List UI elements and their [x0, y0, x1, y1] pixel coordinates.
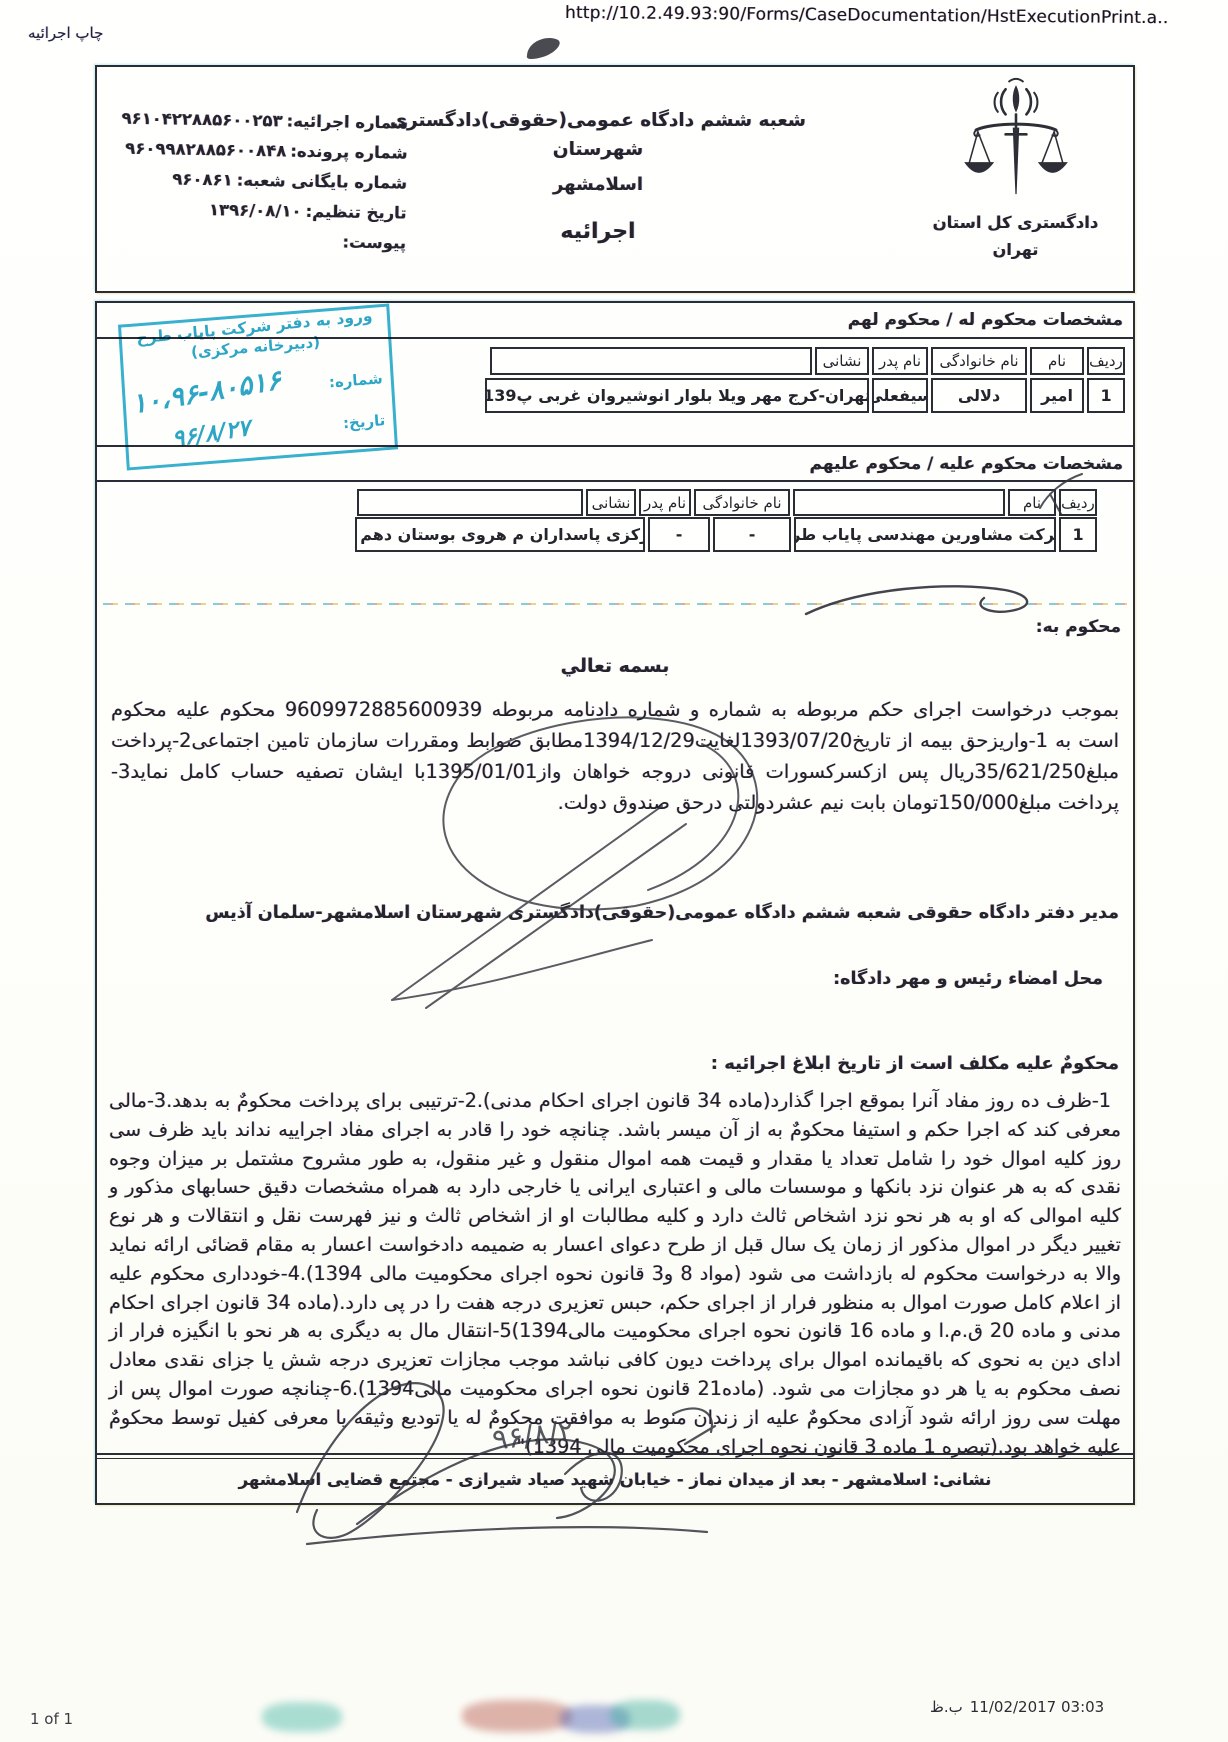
debtor-section-title-text: مشخصات محکوم علیه / محکوم علیهم [809, 454, 1123, 474]
col-row-label: ردیف [1087, 347, 1125, 375]
debtor-father-name: - [648, 517, 710, 552]
stamp-number-handwriting: ۱۰،۹۶-۸۰۵۱۶ [130, 365, 283, 420]
creditor-table-header: ردیف نام نام خانوادگی نام پدر نشانی [490, 347, 1125, 375]
stamp-number-label: شماره: [328, 369, 383, 391]
attachment-line: پیوست: [106, 228, 406, 252]
debtor-row-number: 1 [1059, 517, 1097, 552]
company-entry-stamp: ورود به دفتر شرکت پایاب طرح (دبیرخانه مر… [118, 303, 398, 470]
scan-dashed-divider [103, 603, 1127, 605]
court-address-footer: نشانی: اسلامشهر - بعد از میدان نماز - خی… [97, 1453, 1133, 1503]
bismillah-text: بسمه تعالي [97, 655, 1133, 677]
court-title-line1: شعبه ششم دادگاه عمومی(حقوقی)دادگستری شهر… [383, 107, 813, 164]
col-lastname-label: نام خانوادگی [694, 489, 790, 516]
court-title-block: شعبه ششم دادگاه عمومی(حقوقی)دادگستری شهر… [383, 107, 813, 244]
debtor-company-name: شرکت مشاورین مهندسی پایاب طرح [794, 517, 1056, 552]
case-number-value: ۹۶۰۹۹۸۲۸۸۵۶۰۰۸۴۸ [125, 139, 286, 161]
obligations-heading: محکومٌ علیه مکلف است از تاریخ ابلاغ اجرا… [711, 1053, 1119, 1074]
archive-number-line: شماره بایگانی شعبه:۹۶۰۸۶۱ [107, 168, 407, 192]
col-name-label: نام [1030, 347, 1084, 375]
scan-artifact [262, 1702, 342, 1732]
col-lastname-label: نام خانوادگی [931, 347, 1027, 375]
document-body: مشخصات محکوم له / محکوم لهم ردیف نام نام… [95, 301, 1135, 1505]
creditor-section-title-text: مشخصات محکوم له / محکوم لهم [848, 310, 1123, 330]
archive-number-label: شماره بایگانی شعبه: [237, 171, 408, 193]
debtor-table-row: 1 شرکت مشاورین مهندسی پایاب طرح - - دفتر… [355, 517, 1097, 552]
scan-artifact [462, 1700, 572, 1732]
col-father-label: نام پدر [872, 347, 928, 375]
stamp-date-handwriting: ۹۶/۸/۲۷ [170, 415, 251, 452]
print-timestamp-period: ب.ظ [930, 1698, 963, 1716]
creditor-first-name: امیر [1030, 378, 1084, 413]
issue-date-value: ۱۳۹۶/۰۸/۱۰ [209, 200, 302, 221]
creditor-father-name: سیفعلی [872, 378, 928, 413]
case-numbers-block: شماره اجرائیه:۹۶۱۰۴۲۲۸۸۵۶۰۰۲۵۳ شماره پرو… [106, 108, 409, 263]
document-frame: شماره اجرائیه:۹۶۱۰۴۲۲۸۸۵۶۰۰۲۵۳ شماره پرو… [95, 65, 1135, 1505]
sentenced-to-label: محکوم به: [1036, 617, 1121, 637]
scanned-execution-order-page: چاپ اجرائيه http://10.2.49.93:90/Forms/C… [0, 0, 1228, 1742]
obligations-paragraph: 1-ظرف ده روز مفاد آنرا بموقع اجرا گذارد(… [109, 1087, 1121, 1461]
debtor-table-header: ردیف نام نام خانوادگی نام پدر نشانی [357, 489, 1097, 516]
creditor-last-name: دلالی [931, 378, 1027, 413]
case-number-line: شماره پرونده:۹۶۰۹۹۸۲۸۸۵۶۰۰۸۴۸ [107, 138, 407, 162]
creditor-row-number: 1 [1087, 378, 1125, 413]
creditor-table-row: 1 امیر دلالی سیفعلی تهران-کرج مهر ویلا ب… [485, 378, 1125, 413]
empty-header-cell [357, 489, 583, 516]
col-father-label: نام پدر [639, 489, 691, 516]
justice-org-city: تهران [928, 240, 1103, 259]
signature-and-seal-place-label: محل امضاء رئیس و مهر دادگاه: [833, 969, 1103, 989]
print-timestamp-value: 11/02/2017 03:03 [970, 1698, 1104, 1716]
col-row-label: ردیف [1059, 489, 1097, 516]
document-type-title: اجرائیه [383, 219, 813, 244]
col-address-label: نشانی [586, 489, 636, 516]
court-address-text: نشانی: اسلامشهر - بعد از میدان نماز - خی… [239, 1470, 992, 1489]
issue-date-line: تاریخ تنظیم:۱۳۹۶/۰۸/۱۰ [106, 198, 406, 222]
verdict-paragraph: بموجب درخواست اجرای حکم مربوطه به شماره … [111, 694, 1119, 818]
scan-artifact [610, 1700, 680, 1730]
judiciary-scales-emblem-icon [964, 77, 1068, 209]
stamp-date-label: تاریخ: [342, 411, 385, 432]
ink-blob-artifact [520, 32, 568, 62]
archive-number-value: ۹۶۰۸۶۱ [172, 170, 233, 190]
creditor-address: تهران-کرج مهر ویلا بلوار انوشیروان غربی … [485, 378, 869, 413]
court-title-line2: اسلامشهر [383, 174, 813, 195]
justice-org-name: دادگستری کل استان [928, 213, 1103, 232]
execution-number-line: شماره اجرائیه:۹۶۱۰۴۲۲۸۸۵۶۰۰۲۵۳ [108, 108, 408, 132]
judiciary-emblem-block: دادگستری کل استان تهران [928, 77, 1103, 259]
print-executive-link[interactable]: چاپ اجرائيه [28, 24, 103, 42]
debtor-address: دفتر مرکزی پاسداران م هروی بوستان دهم پ5… [355, 517, 645, 552]
col-name-label: نام [1008, 489, 1056, 516]
col-address-label: نشانی [815, 347, 869, 375]
document-header: شماره اجرائیه:۹۶۱۰۴۲۲۸۸۵۶۰۰۲۵۳ شماره پرو… [95, 65, 1135, 293]
page-url-text: http://10.2.49.93:90/Forms/CaseDocumenta… [565, 3, 1228, 29]
print-timestamp: ب.ظ 11/02/2017 03:03 [930, 1698, 1140, 1716]
empty-header-cell [793, 489, 1005, 516]
execution-number-value: ۹۶۱۰۴۲۲۸۸۵۶۰۰۲۵۳ [121, 109, 282, 131]
empty-header-cell [490, 347, 812, 375]
page-indicator: 1 of 1 [30, 1710, 73, 1728]
debtor-last-name: - [713, 517, 791, 552]
court-clerk-line: مدیر دفتر دادگاه حقوقی شعبه ششم دادگاه ع… [111, 903, 1119, 923]
